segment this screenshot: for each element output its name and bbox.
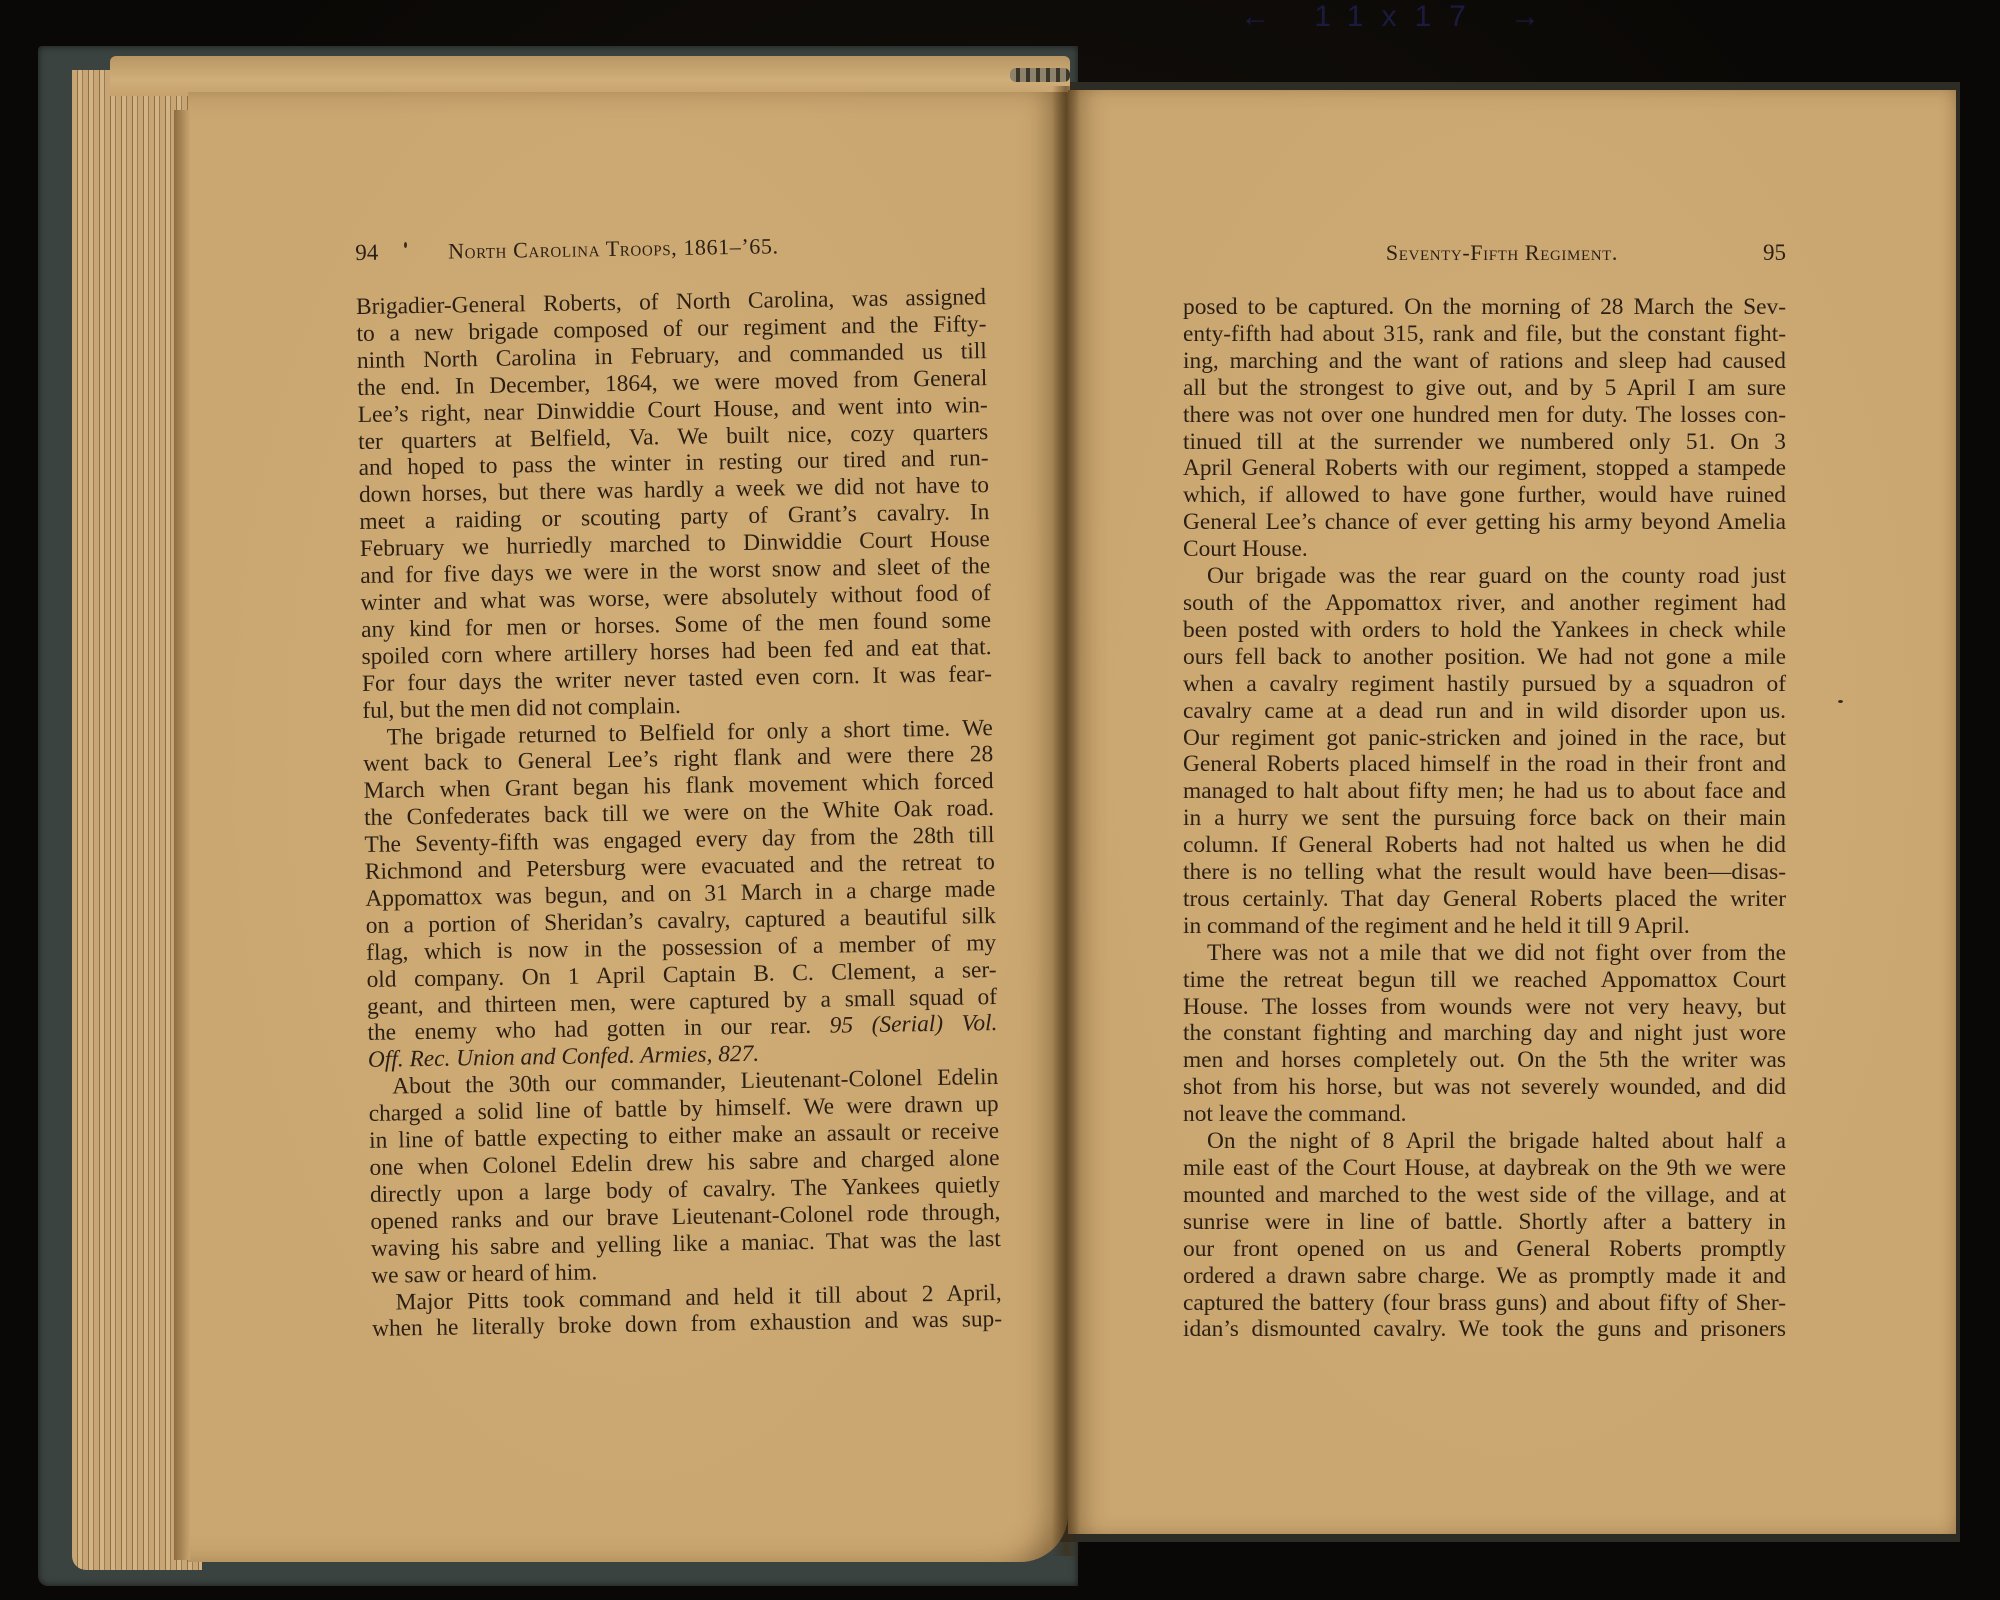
text-line: mile east of the Court House, at daybrea…	[1183, 1155, 1786, 1182]
left-page-edge	[174, 110, 190, 1560]
line-text: captured the battery (four brass guns) a…	[1183, 1290, 1786, 1316]
text-line: Our brigade was the rear guard on the co…	[1183, 563, 1786, 590]
text-line: There was not a mile that we did not fig…	[1183, 940, 1786, 967]
text-line: House. The losses from wounds were not v…	[1183, 994, 1786, 1021]
book-scan: ← 11x17 → 94 North Carolina Troops, 1861…	[0, 0, 2000, 1600]
line-text: mile east of the Court House, at daybrea…	[1183, 1155, 1786, 1181]
text-line: not leave the command.	[1183, 1101, 1786, 1128]
line-text: There was not a mile that we did not fig…	[1207, 940, 1786, 966]
line-text: the constant fighting and marching day a…	[1183, 1020, 1786, 1046]
text-line: which, if allowed to have gone further, …	[1183, 482, 1786, 509]
text-line: captured the battery (four brass guns) a…	[1183, 1290, 1786, 1317]
right-page-text: Seventy-Fifth Regiment. 95 posed to be c…	[1183, 240, 1786, 1343]
line-text: Our brigade was the rear guard on the co…	[1207, 563, 1786, 589]
line-text: General Roberts placed himself in the ro…	[1183, 751, 1786, 777]
running-head-title: North Carolina Troops, 1861–’65.	[448, 233, 779, 265]
text-line: General Roberts placed himself in the ro…	[1183, 751, 1786, 778]
text-line: been posted with orders to hold the Yank…	[1183, 617, 1786, 644]
text-line: Our regiment got panic-stricken and join…	[1183, 725, 1786, 752]
scale-marker: ← 11x17 →	[1240, 0, 1570, 30]
text-line: when a cavalry regiment hastily pursued …	[1183, 671, 1786, 698]
line-text: there was not over one hundred men for d…	[1183, 402, 1786, 428]
text-line: ordered a drawn sabre charge. We as prom…	[1183, 1263, 1786, 1290]
line-text: Our regiment got panic-stricken and join…	[1183, 725, 1786, 751]
right-body: posed to be captured. On the morning of …	[1183, 294, 1786, 1343]
right-running-head: Seventy-Fifth Regiment. 95	[1183, 240, 1786, 294]
line-text: ful, but the men did not complain.	[362, 693, 681, 724]
text-line: Court House.	[1183, 536, 1786, 563]
line-text: cavalry came at a dead run and in wild d…	[1183, 698, 1786, 724]
line-text: we saw or heard of him.	[371, 1259, 597, 1289]
line-text: ours fell back to another position. We h…	[1183, 644, 1786, 670]
line-text: men and horses completely out. On the 5t…	[1183, 1047, 1786, 1073]
page-number: 94	[355, 240, 378, 267]
line-text: Court House.	[1183, 536, 1308, 562]
text-line: enty-fifth had about 315, rank and file,…	[1183, 321, 1786, 348]
line-text: not leave the command.	[1183, 1101, 1406, 1127]
line-text: our front opened on us and General Rober…	[1183, 1236, 1786, 1262]
line-text: posed to be captured. On the morning of …	[1183, 294, 1786, 320]
text-line: cavalry came at a dead run and in wild d…	[1183, 698, 1786, 725]
text-line: ing, marching and the want of rations an…	[1183, 348, 1786, 375]
line-text: south of the Appomattox river, and anoth…	[1183, 590, 1786, 616]
line-text: time the retreat begun till we reached A…	[1183, 967, 1786, 993]
text-line: posed to be captured. On the morning of …	[1183, 294, 1786, 321]
line-text: House. The losses from wounds were not v…	[1183, 994, 1786, 1020]
text-line: trous certainly. That day General Robert…	[1183, 886, 1786, 913]
text-line: General Lee’s chance of ever getting his…	[1183, 509, 1786, 536]
line-text: mounted and marched to the west side of …	[1183, 1182, 1786, 1208]
line-text: there is no telling what the result woul…	[1183, 859, 1786, 885]
gutter	[1052, 86, 1080, 1556]
line-text: column. If General Roberts had not halte…	[1183, 832, 1786, 858]
line-text: all but the strongest to give out, and b…	[1183, 375, 1786, 401]
line-text: General Lee’s chance of ever getting his…	[1183, 509, 1786, 535]
headband	[1010, 68, 1070, 82]
text-line: the constant fighting and marching day a…	[1183, 1020, 1786, 1047]
text-line: managed to halt about fifty men; he had …	[1183, 778, 1786, 805]
page-number: 95	[1763, 240, 1786, 267]
left-running-head: 94 North Carolina Troops, 1861–’65.	[355, 230, 986, 294]
text-line: column. If General Roberts had not halte…	[1183, 832, 1786, 859]
text-line: shot from his horse, but was not severel…	[1183, 1074, 1786, 1101]
text-line: tinued till at the surrender we numbered…	[1183, 429, 1786, 456]
paper-speck	[404, 242, 407, 248]
text-line: all but the strongest to give out, and b…	[1183, 375, 1786, 402]
line-text: ing, marching and the want of rations an…	[1183, 348, 1786, 374]
line-text: when a cavalry regiment hastily pursued …	[1183, 671, 1786, 697]
page-stack-top-edge	[110, 56, 1070, 96]
left-body: Brigadier-General Roberts, of North Caro…	[356, 284, 1002, 1343]
line-text: ordered a drawn sabre charge. We as prom…	[1183, 1263, 1786, 1289]
line-text: in command of the regiment and he held i…	[1183, 913, 1690, 939]
line-text: shot from his horse, but was not severel…	[1183, 1074, 1786, 1100]
text-line: idan’s dismounted cavalry. We took the g…	[1183, 1316, 1786, 1343]
text-line: April General Roberts with our regiment,…	[1183, 455, 1786, 482]
text-line: time the retreat begun till we reached A…	[1183, 967, 1786, 994]
left-page-text: 94 North Carolina Troops, 1861–’65. Brig…	[355, 230, 1002, 1343]
text-line: in a hurry we sent the pursuing force ba…	[1183, 805, 1786, 832]
line-text: enty-fifth had about 315, rank and file,…	[1183, 321, 1786, 347]
line-text: managed to halt about fifty men; he had …	[1183, 778, 1786, 804]
citation-text: 95 (Serial) Vol.	[829, 1010, 997, 1039]
line-text: which, if allowed to have gone further, …	[1183, 482, 1786, 508]
text-line: On the night of 8 April the brigade halt…	[1183, 1128, 1786, 1155]
text-line: sunrise were in line of battle. Shortly …	[1183, 1209, 1786, 1236]
line-text: On the night of 8 April the brigade halt…	[1207, 1128, 1786, 1154]
line-text: April General Roberts with our regiment,…	[1183, 455, 1786, 481]
text-line: there was not over one hundred men for d…	[1183, 402, 1786, 429]
text-line: men and horses completely out. On the 5t…	[1183, 1047, 1786, 1074]
text-line: our front opened on us and General Rober…	[1183, 1236, 1786, 1263]
line-text: idan’s dismounted cavalry. We took the g…	[1183, 1316, 1786, 1342]
text-line: south of the Appomattox river, and anoth…	[1183, 590, 1786, 617]
line-text: trous certainly. That day General Robert…	[1183, 886, 1786, 912]
text-line: there is no telling what the result woul…	[1183, 859, 1786, 886]
line-text: sunrise were in line of battle. Shortly …	[1183, 1209, 1786, 1235]
line-text: been posted with orders to hold the Yank…	[1183, 617, 1786, 643]
paper-speck	[1838, 700, 1843, 703]
text-line: mounted and marched to the west side of …	[1183, 1182, 1786, 1209]
running-head-title: Seventy-Fifth Regiment.	[1386, 240, 1618, 267]
text-line: in command of the regiment and he held i…	[1183, 913, 1786, 940]
line-text: in a hurry we sent the pursuing force ba…	[1183, 805, 1786, 831]
text-line: ours fell back to another position. We h…	[1183, 644, 1786, 671]
line-text: tinued till at the surrender we numbered…	[1183, 429, 1786, 455]
